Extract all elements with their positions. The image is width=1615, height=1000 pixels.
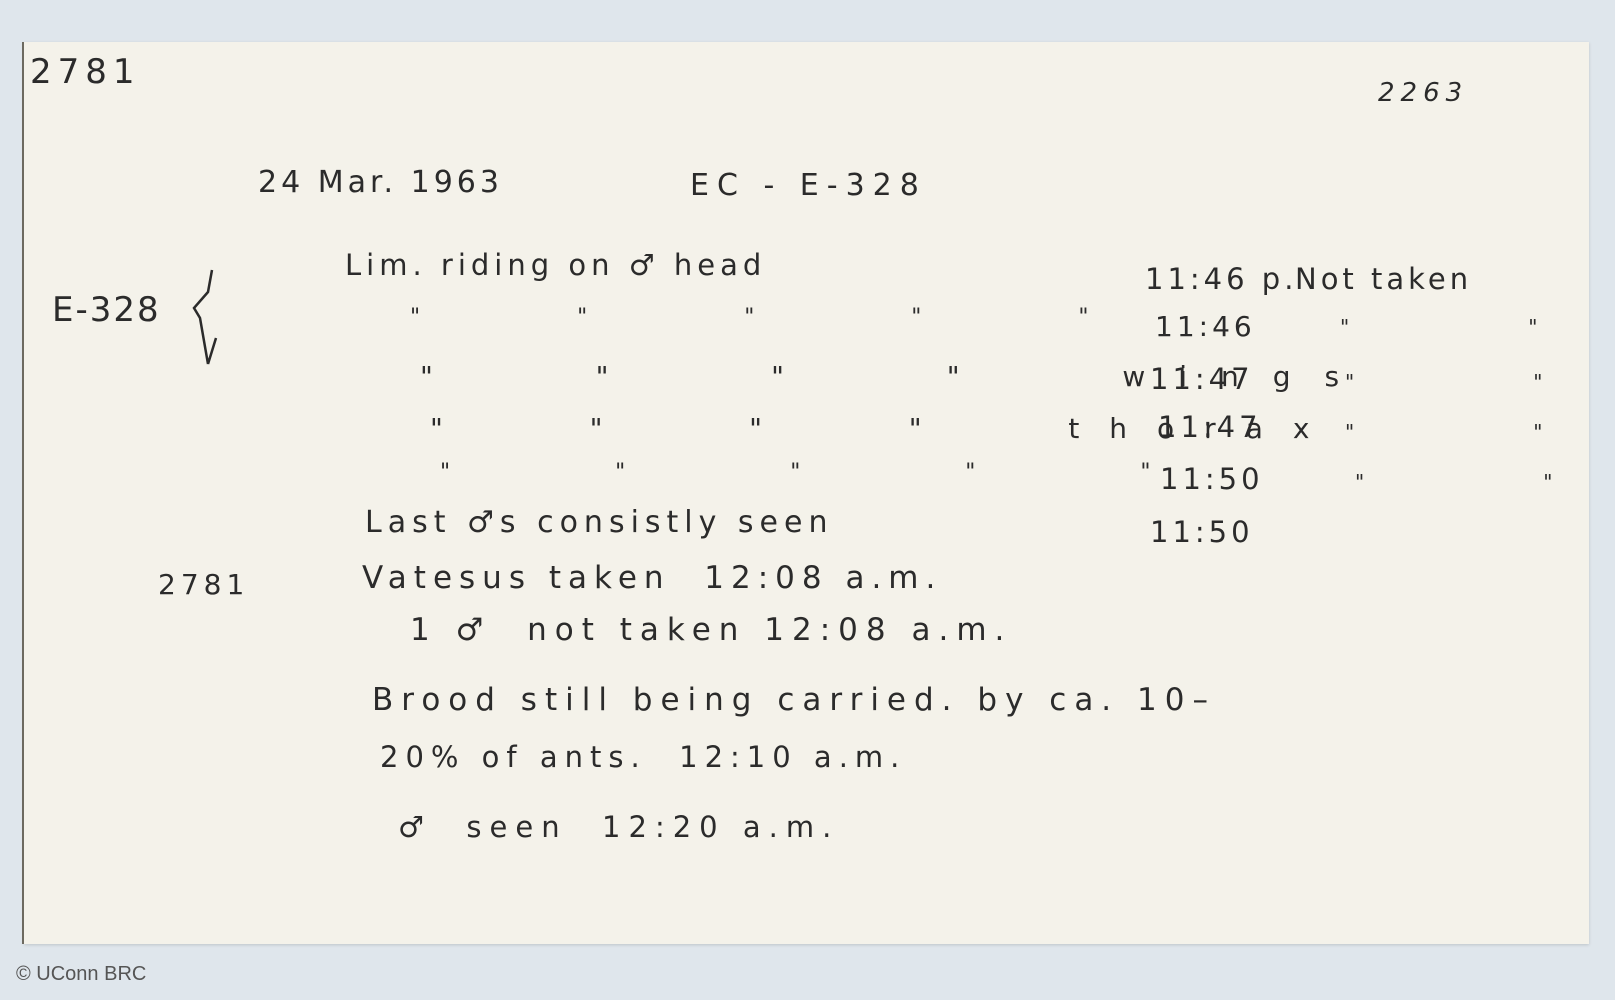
- vatesus-line: Vatesus taken 12:08 a.m.: [362, 560, 942, 596]
- observation-time-3: 11:47: [1150, 362, 1254, 396]
- observation-status-1: Not taken: [1295, 262, 1472, 296]
- observation-status-3: " ": [1345, 370, 1582, 394]
- observation-status-2: " ": [1340, 315, 1577, 339]
- male-not-taken-line: 1 ♂ not taken 12:08 a.m.: [410, 612, 1012, 648]
- copyright-credit: © UConn BRC: [16, 963, 146, 986]
- collection-code: EC - E-328: [690, 168, 927, 203]
- corner-number-right: 2263: [1378, 78, 1468, 108]
- observation-subject-5: " " " " ": [440, 460, 1187, 485]
- observation-status-5: " ": [1355, 470, 1592, 494]
- observation-time-2: 11:46: [1155, 310, 1256, 343]
- observation-time-5: 11:50: [1160, 462, 1264, 496]
- observation-time-4: 11:47: [1158, 410, 1262, 444]
- last-seen-line: Last ♂s consistly seen: [365, 505, 834, 540]
- observation-time-1: 11:46 p.: [1145, 262, 1297, 296]
- brood-line-1: Brood still being carried. by ca. 10–: [372, 682, 1216, 718]
- bracket-label: E-328: [52, 290, 161, 330]
- male-seen-line: ♂ seen 12:20 a.m.: [398, 810, 839, 844]
- observation-subject-1: Lim. riding on ♂ head: [345, 248, 766, 282]
- last-seen-time: 11:50: [1150, 515, 1254, 549]
- bracket-icon: [178, 268, 218, 378]
- observation-status-4: " ": [1345, 420, 1582, 444]
- date: 24 Mar. 1963: [258, 165, 503, 200]
- observation-subject-2: " " " " ": [410, 305, 1123, 330]
- corner-number-left: 2781: [30, 52, 141, 92]
- specimen-number: 2781: [158, 568, 249, 601]
- brood-line-2: 20% of ants. 12:10 a.m.: [380, 740, 906, 774]
